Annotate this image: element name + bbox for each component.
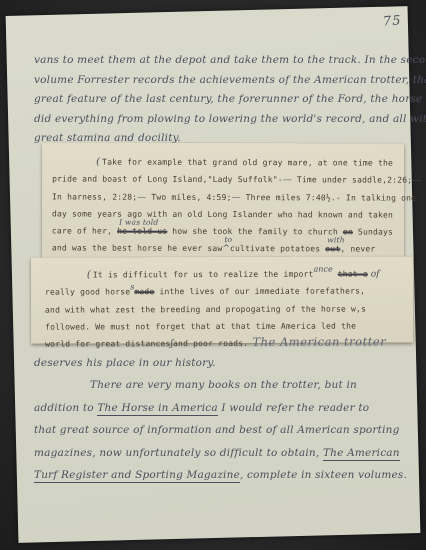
typed-text: Two miles, 4:59;: [146, 192, 231, 201]
handwritten-text: volume Forrester records the achievement…: [34, 74, 426, 86]
typed-text: and with what zest the breeding and prop…: [45, 304, 366, 314]
text-line: really good horsesmade inthe lives of ou…: [45, 280, 413, 299]
typed-text: Take for example that grand old gray mar…: [102, 158, 393, 168]
handwritten-text: The American: [323, 447, 400, 461]
handwritten-text: Turf Register and Sporting Magazine: [34, 469, 240, 483]
text-line: and with what zest the breeding and prop…: [45, 297, 413, 316]
handwritten-text: great feature of the last century, the f…: [34, 93, 426, 105]
ink-annotation: —: [232, 193, 241, 203]
text-line: (Take for example that grand old gray ma…: [52, 150, 404, 169]
text-line: magazines, now unfortunately so difficul…: [34, 440, 412, 462]
handwritten-text: vans to meet them at the depot and take …: [34, 54, 426, 66]
typed-text: and was the best horse he ever saw: [52, 244, 223, 254]
typed-text: care of her,: [52, 227, 117, 236]
typed-slip-1: (Take for example that grand old gray ma…: [42, 142, 404, 270]
text-line: that great source of information and bes…: [34, 417, 412, 439]
typed-text: Time under saddle,2:26;: [292, 176, 412, 185]
typed-text: he told usI was told: [117, 227, 167, 236]
typed-text: Sundays: [353, 228, 393, 237]
typed-text: made: [134, 288, 154, 297]
text-line: did everything from plowing to lowering …: [34, 107, 412, 127]
handwritten-insertion: with: [327, 236, 345, 245]
text-line: Turf Register and Sporting Magazine, com…: [34, 462, 412, 484]
ink-annotation: —: [137, 192, 146, 202]
handwritten-text: that great source of information and bes…: [34, 424, 400, 436]
handwritten-text: The Horse in America: [97, 402, 217, 416]
typed-text: how she took the family to church: [167, 227, 343, 237]
handwritten-insertion: I was told: [119, 218, 158, 227]
ink-annotation: —: [283, 176, 292, 186]
typed-text: inthe lives of our immediate forefathers…: [154, 287, 365, 297]
typed-text: It is difficult for us to realize the im…: [93, 270, 314, 280]
text-line: vans to meet them at the depot and take …: [34, 48, 412, 68]
text-line: volume Forrester records the achievement…: [34, 68, 412, 88]
text-line: day some years ago with an old Long Isla…: [52, 202, 404, 221]
typed-text: cultivate potatoes: [230, 245, 325, 254]
typed-text: really good horse: [45, 288, 130, 297]
typed-text: world for great distances: [45, 339, 170, 348]
typed-slip-1-text: (Take for example that grand old gray ma…: [52, 150, 404, 272]
text-line: followed. We must not forget that at tha…: [45, 314, 413, 333]
text-line: pride and boast of Long Island,"Lady Suf…: [52, 168, 404, 187]
ink-annotation: (: [96, 157, 100, 168]
handwritten-text: There are very many books on the trotter…: [90, 379, 357, 391]
page-number: 75: [382, 13, 402, 29]
handwritten-text: did everything from plowing to lowering …: [34, 113, 426, 125]
handwritten-insertion: to: [224, 235, 232, 244]
handwritten-text: deserves his place in our history.: [34, 357, 216, 369]
typed-text: outwith: [325, 245, 340, 254]
handwritten-paragraph-bottom: deserves his place in our history.There …: [34, 350, 412, 484]
handwritten-text: I would refer the reader to: [218, 402, 369, 414]
typed-text: pride and boast of Long Island,"Lady Suf…: [52, 175, 283, 185]
text-line: (It is difficult for us to realize the i…: [45, 262, 413, 281]
typed-slip-2: (It is difficult for us to realize the i…: [31, 256, 413, 343]
ink-annotation: —: [412, 176, 421, 186]
handwritten-text: The American trotter: [248, 335, 386, 349]
handwritten-paragraph-top: vans to meet them at the depot and take …: [34, 48, 412, 146]
text-line: world for great distancesʃand poor roads…: [45, 332, 413, 351]
text-line: deserves his place in our history.: [34, 350, 412, 372]
ink-annotation: ance: [314, 265, 333, 274]
text-line: and was the best horse he ever saw^tocul…: [52, 237, 404, 256]
ink-annotation: ^to: [222, 244, 230, 254]
text-line: addition to The Horse in America I would…: [34, 395, 412, 417]
text-line: There are very many books on the trotter…: [34, 372, 412, 394]
handwritten-text: addition to: [34, 402, 97, 414]
text-line: In harness, 2:28;— Two miles, 4:59;— Thr…: [52, 185, 404, 204]
ink-annotation: of: [368, 269, 380, 279]
typed-text: and poor roads.: [173, 339, 248, 348]
ink-annotation: (: [87, 269, 91, 280]
page-content: 75 vans to meet them at the depot and ta…: [0, 0, 426, 550]
handwritten-text: magazines, now unfortunately so difficul…: [34, 447, 323, 459]
typed-text: , never: [340, 245, 375, 254]
typed-slip-2-text: (It is difficult for us to realize the i…: [45, 262, 413, 350]
typed-text: Three miles 7:40½.- In talking one: [241, 193, 417, 203]
ink-annotation: s: [130, 283, 134, 292]
scanned-manuscript-page: 75 vans to meet them at the depot and ta…: [0, 0, 426, 550]
typed-text: day some years ago with an old Long Isla…: [52, 209, 393, 219]
typed-text: followed. We must not forget that at tha…: [45, 321, 356, 331]
typed-text: that a: [338, 269, 368, 278]
text-line: great feature of the last century, the f…: [34, 87, 412, 107]
handwritten-text: , complete in sixteen volumes.: [240, 469, 407, 481]
typed-text: In harness, 2:28;: [52, 192, 137, 201]
